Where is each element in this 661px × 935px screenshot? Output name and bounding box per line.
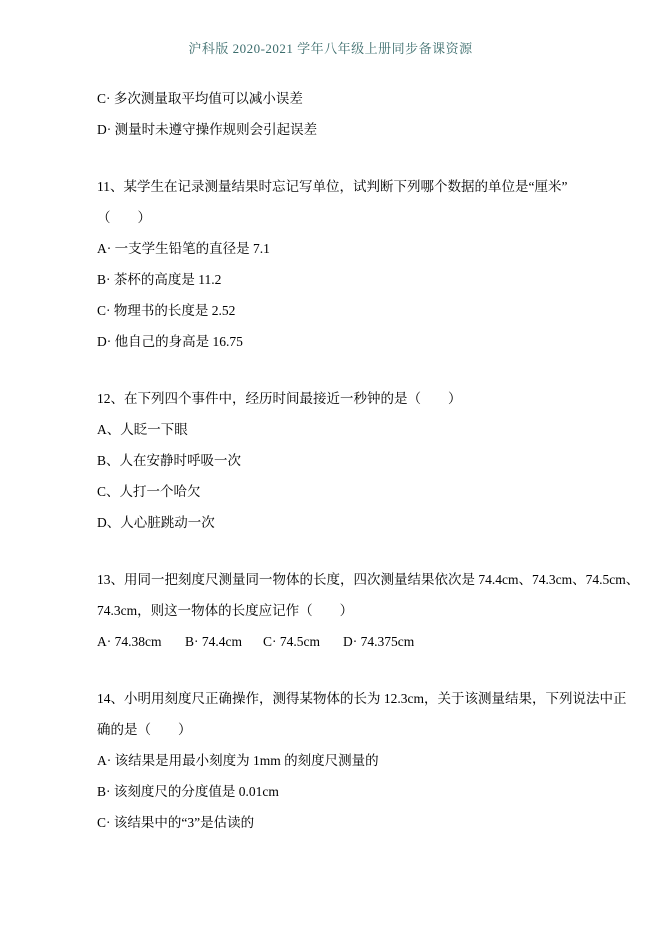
- q13-options-row: A· 74.38cm B· 74.4cm C· 74.5cm D· 74.375…: [97, 626, 571, 657]
- q12-option-c: C、人打一个哈欠: [97, 476, 571, 507]
- q12-option-b: B、人在安静时呼吸一次: [97, 445, 571, 476]
- q11-option-d: D· 他自己的身高是 16.75: [97, 326, 571, 357]
- q10-option-c: C· 多次测量取平均值可以减小误差: [97, 83, 571, 114]
- q12-option-d: D、人心脏跳动一次: [97, 507, 571, 538]
- q14-stem-line2: 确的是（ ）: [97, 714, 571, 745]
- q13-option-d: D· 74.375cm: [343, 626, 414, 657]
- q14-stem-line1: 14、小明用刻度尺正确操作，测得某物体的长为 12.3cm，关于该测量结果，下列…: [97, 683, 571, 714]
- q13-stem-line1: 13、用同一把刻度尺测量同一物体的长度，四次测量结果依次是 74.4cm、74.…: [97, 564, 571, 595]
- q12-option-a: A、人眨一下眼: [97, 414, 571, 445]
- q10-option-d: D· 测量时未遵守操作规则会引起误差: [97, 114, 571, 145]
- paragraph-gap: [97, 145, 571, 171]
- q11-option-b: B· 茶杯的高度是 11.2: [97, 264, 571, 295]
- q11-stem-line1: 11、某学生在记录测量结果时忘记写单位，试判断下列哪个数据的单位是“厘米”: [97, 171, 571, 202]
- q13-option-a: A· 74.38cm: [97, 626, 162, 657]
- paragraph-gap: [97, 357, 571, 383]
- q12-stem: 12、在下列四个事件中，经历时间最接近一秒钟的是（ ）: [97, 383, 571, 414]
- q13-option-b: B· 74.4cm: [185, 626, 242, 657]
- paragraph-gap: [97, 538, 571, 564]
- q14-option-a: A· 该结果是用最小刻度为 1mm 的刻度尺测量的: [97, 745, 571, 776]
- q14-option-b: B· 该刻度尺的分度值是 0.01cm: [97, 776, 571, 807]
- q14-option-c: C· 该结果中的“3”是估读的: [97, 807, 571, 838]
- document-header-title: 沪科版 2020-2021 学年八年级上册同步备课资源: [0, 40, 661, 58]
- q11-option-c: C· 物理书的长度是 2.52: [97, 295, 571, 326]
- q11-answer-blank: （ ）: [97, 202, 571, 233]
- q13-option-c: C· 74.5cm: [263, 626, 320, 657]
- document-page: 沪科版 2020-2021 学年八年级上册同步备课资源 C· 多次测量取平均值可…: [0, 0, 661, 935]
- q13-stem-line2: 74.3cm，则这一物体的长度应记作（ ）: [97, 595, 571, 626]
- q11-option-a: A· 一支学生铅笔的直径是 7.1: [97, 233, 571, 264]
- document-body: C· 多次测量取平均值可以减小误差 D· 测量时未遵守操作规则会引起误差 11、…: [97, 83, 571, 838]
- paragraph-gap: [97, 657, 571, 683]
